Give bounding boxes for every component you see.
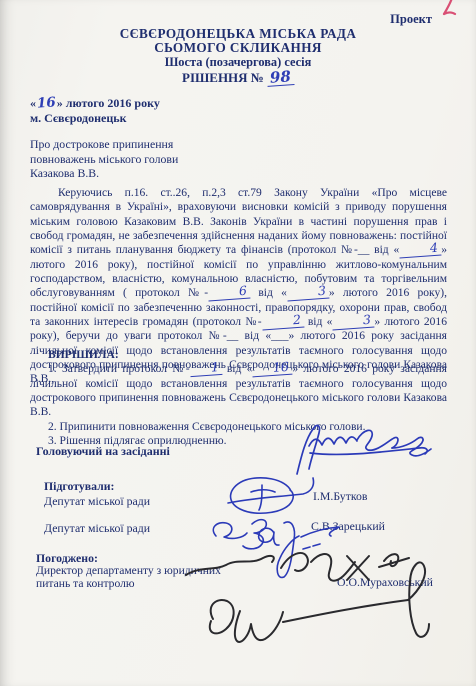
agreed-role: Директор департаменту з юридичних питань… bbox=[36, 564, 221, 591]
handwritten-value: 4 bbox=[399, 242, 442, 258]
resolution-block: ВИРІШИЛА: 1. Затвердити протокол №-1 від… bbox=[30, 348, 447, 448]
date-line: «16» лютого 2016 року bbox=[30, 96, 160, 111]
blank-underscores: ___ bbox=[271, 330, 288, 342]
handwritten-value: 16 bbox=[252, 361, 293, 377]
draft-label: Проект bbox=[390, 12, 432, 27]
session-title: Шоста (позачергова) сесія bbox=[0, 55, 476, 69]
text-segment: від « bbox=[238, 330, 271, 342]
handwritten-value: 3 bbox=[286, 285, 329, 301]
scanned-decision-document: Проект СЄВЄРОДОНЕЦЬКА МІСЬКА РАДА СЬОМОГ… bbox=[0, 0, 476, 686]
date-rest: » лютого 2016 року bbox=[57, 96, 160, 110]
blank-underscores: __ bbox=[227, 330, 239, 342]
subject-line: повноважень міського голови bbox=[30, 152, 178, 167]
handwritten-value: 6 bbox=[208, 285, 251, 301]
prepared-label: Підготували: bbox=[44, 479, 114, 494]
red-corner-mark bbox=[444, 0, 455, 14]
subject-line: Казакова В.В. bbox=[30, 166, 178, 181]
resolution-title: ВИРІШИЛА: bbox=[30, 348, 447, 362]
decision-number-handwritten: 98 bbox=[267, 69, 295, 87]
handwritten-value: 1 bbox=[189, 361, 222, 377]
text-segment: від « bbox=[222, 363, 253, 375]
convocation-title: СЬОМОГО СКЛИКАННЯ bbox=[0, 41, 476, 55]
resolution-item-1: 1. Затвердити протокол №-1 від «16» люто… bbox=[30, 362, 447, 419]
subject-block: Про дострокове припинення повноважень мі… bbox=[30, 137, 178, 181]
deputy-label-2: Депутат міської ради bbox=[44, 521, 150, 536]
handwritten-value: 3 bbox=[332, 314, 375, 330]
agreed-name: О.О.Мураховський bbox=[337, 575, 433, 590]
agreed-role-line: Директор департаменту з юридичних bbox=[36, 564, 221, 577]
handwritten-value: 2 bbox=[261, 314, 304, 330]
agreed-role-line: питань та контролю bbox=[36, 577, 221, 590]
text-segment: від « bbox=[250, 287, 287, 299]
document-header: СЄВЄРОДОНЕЦЬКА МІСЬКА РАДА СЬОМОГО СКЛИК… bbox=[0, 27, 476, 86]
deputy-name-1: І.М.Бутков bbox=[313, 489, 367, 504]
resolution-item-2: 2. Припинити повноваження Сєвєродонецько… bbox=[30, 420, 447, 434]
subject-line: Про дострокове припинення bbox=[30, 137, 178, 152]
signature-agreed bbox=[186, 553, 429, 642]
council-title: СЄВЄРОДОНЕЦЬКА МІСЬКА РАДА bbox=[0, 27, 476, 41]
date-day-handwritten: 16 bbox=[34, 96, 60, 111]
chair-label: Головуючий на засіданні bbox=[36, 444, 170, 459]
deputy-label-1: Депутат міської ради bbox=[44, 494, 150, 509]
decision-line: РІШЕННЯ № 98 bbox=[0, 70, 476, 86]
text-segment: від « bbox=[304, 316, 333, 328]
city-line: м. Сєвєродонецьк bbox=[30, 111, 160, 125]
text-segment: від « bbox=[369, 244, 399, 256]
decision-label: РІШЕННЯ № bbox=[182, 70, 267, 85]
blank-underscores: __ bbox=[358, 244, 370, 256]
date-place-block: «16» лютого 2016 року м. Сєвєродонецьк bbox=[30, 96, 160, 125]
deputy-name-2: С.В.Зарецький bbox=[311, 519, 385, 534]
text-segment: 1. Затвердити протокол №- bbox=[48, 363, 190, 375]
signature-deputy-1 bbox=[228, 478, 314, 513]
